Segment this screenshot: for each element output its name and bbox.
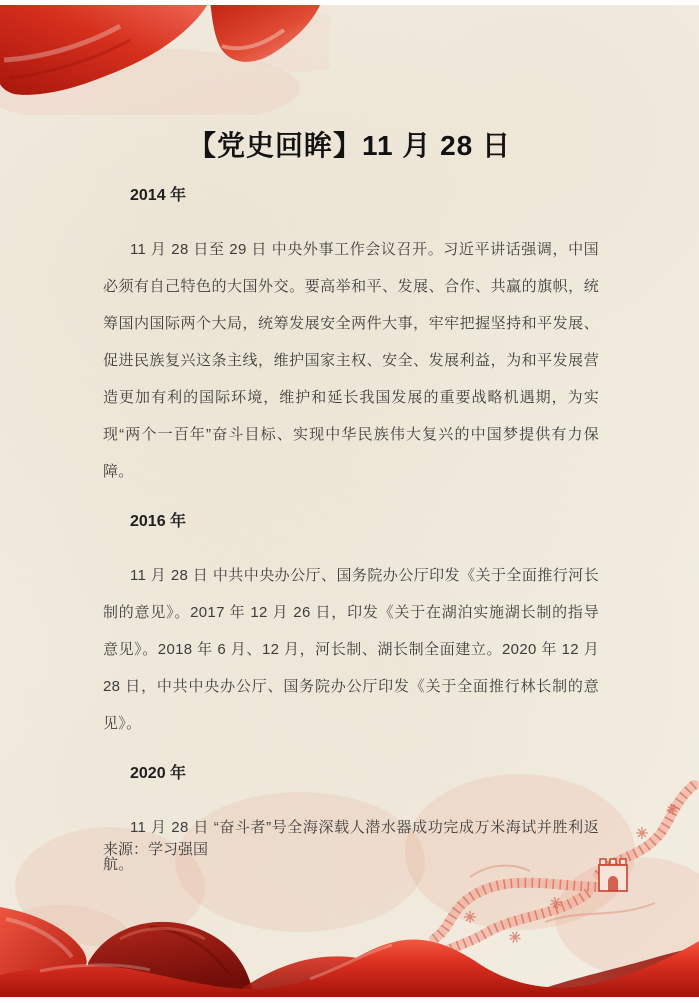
section-2020: 2020 年 11 月 28 日 “奋斗者”号全海深载人潜水器成功完成万米海试并… — [103, 764, 599, 883]
source-attribution: 来源：学习强国 — [103, 840, 208, 860]
ribbon-fold-highlight — [222, 30, 284, 48]
pink-wash-2 — [240, 12, 330, 72]
section-2016: 2016 年 11 月 28 日 中共中央办公厅、国务院办公厅印发《关于全面推行… — [103, 512, 599, 742]
back-wave-right — [520, 947, 699, 997]
ribbon-crease-shadow — [10, 40, 130, 78]
back-wave — [230, 956, 470, 997]
ribbon-highlight — [4, 26, 120, 60]
paragraph: 11 月 28 日 中共中央办公厅、国务院办公厅印发《关于全面推行河长制的意见》… — [103, 557, 599, 742]
top-white-margin — [0, 0, 699, 5]
paragraph: 11 月 28 日至 29 日 中央外事工作会议召开。习近平讲话强调，中国必须有… — [103, 231, 599, 490]
year-heading: 2014 年 — [130, 186, 599, 206]
pink-wash — [0, 48, 300, 115]
left-ribbon-tongue — [0, 907, 87, 993]
section-2014: 2014 年 11 月 28 日至 29 日 中央外事工作会议召开。习近平讲话强… — [103, 186, 599, 490]
red-ribbon-top-left-decoration — [0, 0, 330, 115]
great-wall-tower — [599, 859, 627, 891]
dark-red-dome — [88, 922, 254, 997]
front-wave — [0, 940, 699, 997]
ribbon-main-drape — [0, 0, 210, 95]
bottom-white-margin — [0, 997, 699, 1003]
ribbon-fold — [210, 0, 322, 62]
document-page: 【党史回眸】11 月 28 日 2014 年 11 月 28 日至 29 日 中… — [0, 0, 699, 1003]
page-title: 【党史回眸】11 月 28 日 — [0, 129, 699, 163]
year-heading: 2020 年 — [130, 764, 599, 784]
wave-crest-highlights — [40, 945, 392, 979]
article-body: 2014 年 11 月 28 日至 29 日 中央外事工作会议召开。习近平讲话强… — [103, 186, 599, 883]
year-heading: 2016 年 — [130, 512, 599, 532]
